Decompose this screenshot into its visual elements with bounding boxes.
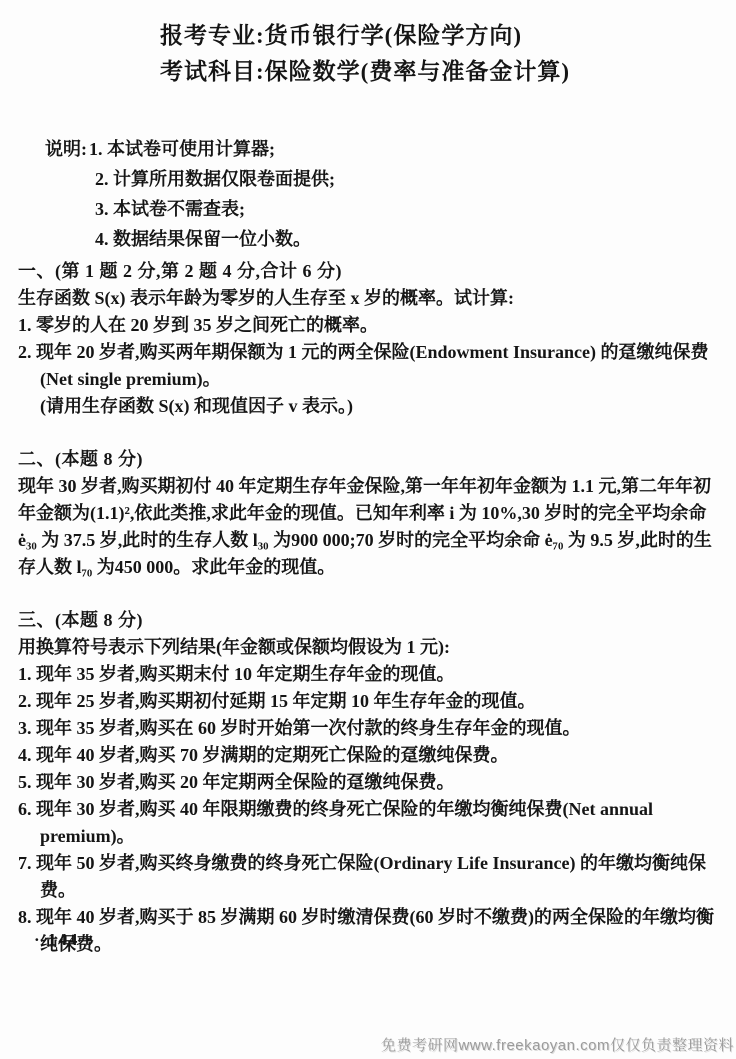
section-intro: 现年 30 岁者,购买期初付 40 年定期生存年金保险,第一年年初年金额为 1.…	[18, 473, 718, 581]
instruction-line: 4. 数据结果保留一位小数。	[95, 224, 718, 254]
question-item: 1. 零岁的人在 20 岁到 35 岁之间死亡的概率。	[18, 312, 718, 339]
question-item: 7. 现年 50 岁者,购买终身缴费的终身死亡保险(Ordinary Life …	[18, 850, 718, 904]
exam-page: 报考专业:货币银行学(保险学方向) 考试科目:保险数学(费率与准备金计算) 说明…	[0, 0, 736, 1059]
section-intro: 生存函数 S(x) 表示年龄为零岁的人生存至 x 岁的概率。试计算:	[18, 285, 718, 312]
question-item: 6. 现年 30 岁者,购买 40 年限期缴费的终身死亡保险的年缴均衡纯保费(N…	[18, 796, 718, 850]
question-item: 5. 现年 30 岁者,购买 20 年定期两全保险的趸缴纯保费。	[18, 769, 718, 796]
exam-title-block: 报考专业:货币银行学(保险学方向) 考试科目:保险数学(费率与准备金计算)	[160, 18, 718, 90]
instruction-line: 说明:1. 本试卷可使用计算器;	[45, 134, 718, 164]
section: 二、(本题 8 分)现年 30 岁者,购买期初付 40 年定期生存年金保险,第一…	[18, 446, 718, 581]
instruction-line: 2. 计算所用数据仅限卷面提供;	[95, 164, 718, 194]
page-content: 报考专业:货币银行学(保险学方向) 考试科目:保险数学(费率与准备金计算) 说明…	[0, 0, 736, 958]
question-item: 2. 现年 20 岁者,购买两年期保额为 1 元的两全保险(Endowment …	[18, 339, 718, 393]
question-item: 2. 现年 25 岁者,购买期初付延期 15 年定期 10 年生存年金的现值。	[18, 688, 718, 715]
footer-watermark: 免费考研网www.freekaoyan.com仅仅负责整理资料	[381, 1034, 734, 1055]
section: 一、(第 1 题 2 分,第 2 题 4 分,合计 6 分)生存函数 S(x) …	[18, 258, 718, 420]
section: 三、(本题 8 分)用换算符号表示下列结果(年金额或保额均假设为 1 元):1.…	[18, 607, 718, 958]
page-number: · 144 ·	[34, 930, 93, 950]
section-heading: 三、(本题 8 分)	[18, 607, 718, 634]
instructions-block: 说明:1. 本试卷可使用计算器;2. 计算所用数据仅限卷面提供;3. 本试卷不需…	[18, 134, 718, 254]
question-item: 1. 现年 35 岁者,购买期末付 10 年定期生存年金的现值。	[18, 661, 718, 688]
instruction-text: 3. 本试卷不需查表;	[95, 199, 245, 219]
question-item: 8. 现年 40 岁者,购买于 85 岁满期 60 岁时缴清保费(60 岁时不缴…	[18, 904, 718, 958]
question-item: 3. 现年 35 岁者,购买在 60 岁时开始第一次付款的终身生存年金的现值。	[18, 715, 718, 742]
note-line: (请用生存函数 S(x) 和现值因子 v 表示。)	[40, 393, 718, 420]
instruction-text: 1. 本试卷可使用计算器;	[89, 139, 275, 159]
instruction-text: 4. 数据结果保留一位小数。	[95, 229, 311, 249]
question-item: 4. 现年 40 岁者,购买 70 岁满期的定期死亡保险的趸缴纯保费。	[18, 742, 718, 769]
exam-subject-line: 考试科目:保险数学(费率与准备金计算)	[160, 54, 718, 90]
section-intro: 用换算符号表示下列结果(年金额或保额均假设为 1 元):	[18, 634, 718, 661]
instructions-label: 说明:	[45, 139, 87, 159]
instruction-line: 3. 本试卷不需查表;	[95, 194, 718, 224]
exam-major-line: 报考专业:货币银行学(保险学方向)	[160, 18, 718, 54]
section-heading: 一、(第 1 题 2 分,第 2 题 4 分,合计 6 分)	[18, 258, 718, 285]
section-heading: 二、(本题 8 分)	[18, 446, 718, 473]
instruction-text: 2. 计算所用数据仅限卷面提供;	[95, 169, 335, 189]
sections-container: 一、(第 1 题 2 分,第 2 题 4 分,合计 6 分)生存函数 S(x) …	[18, 258, 718, 958]
